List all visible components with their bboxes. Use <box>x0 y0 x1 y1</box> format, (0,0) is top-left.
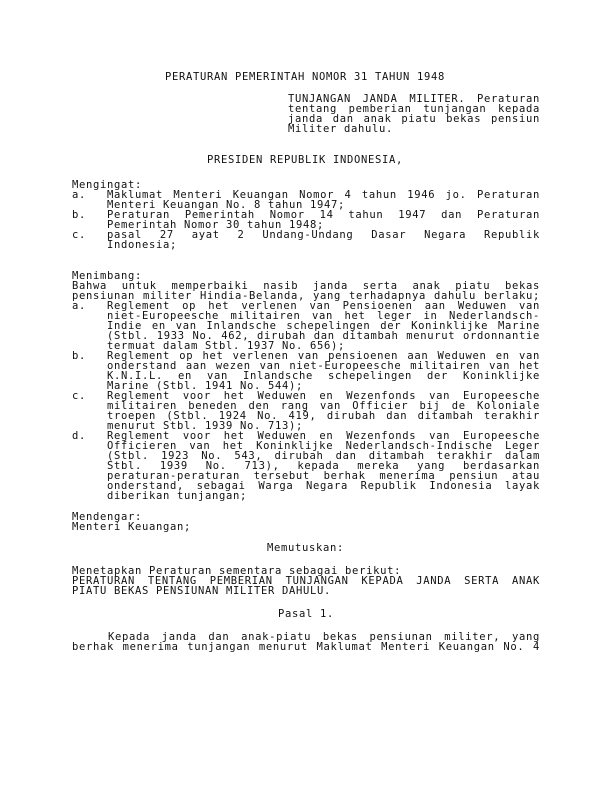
list-marker: b. <box>72 351 86 362</box>
subject-line: Militer dahulu. <box>288 124 393 135</box>
menetapkan-line: PIATU BEKAS PENSIUNAN MILITER DAHULU. <box>72 586 331 597</box>
mendengar-line: Menteri Keuangan; <box>72 522 191 533</box>
list-item-line: diberikan tunjangan; <box>107 491 247 502</box>
list-item-line: Indonesia; <box>107 240 177 251</box>
president-heading: PRESIDEN REPUBLIK INDONESIA, <box>207 155 403 166</box>
document-page: PERATURAN PEMERINTAH NOMOR 31 TAHUN 1948… <box>0 0 612 792</box>
list-marker: d. <box>72 431 86 442</box>
list-marker: b. <box>72 210 86 221</box>
document-title: PERATURAN PEMERINTAH NOMOR 31 TAHUN 1948 <box>165 72 445 83</box>
list-marker: c. <box>72 391 86 402</box>
memutuskan-heading: Memutuskan: <box>267 543 344 554</box>
pasal-heading: Pasal 1. <box>278 609 334 620</box>
list-marker: c. <box>72 230 86 241</box>
list-marker: a. <box>72 301 86 312</box>
pasal-line: berhak menerima tunjangan menurut Maklum… <box>72 642 540 653</box>
list-marker: a. <box>72 190 86 201</box>
